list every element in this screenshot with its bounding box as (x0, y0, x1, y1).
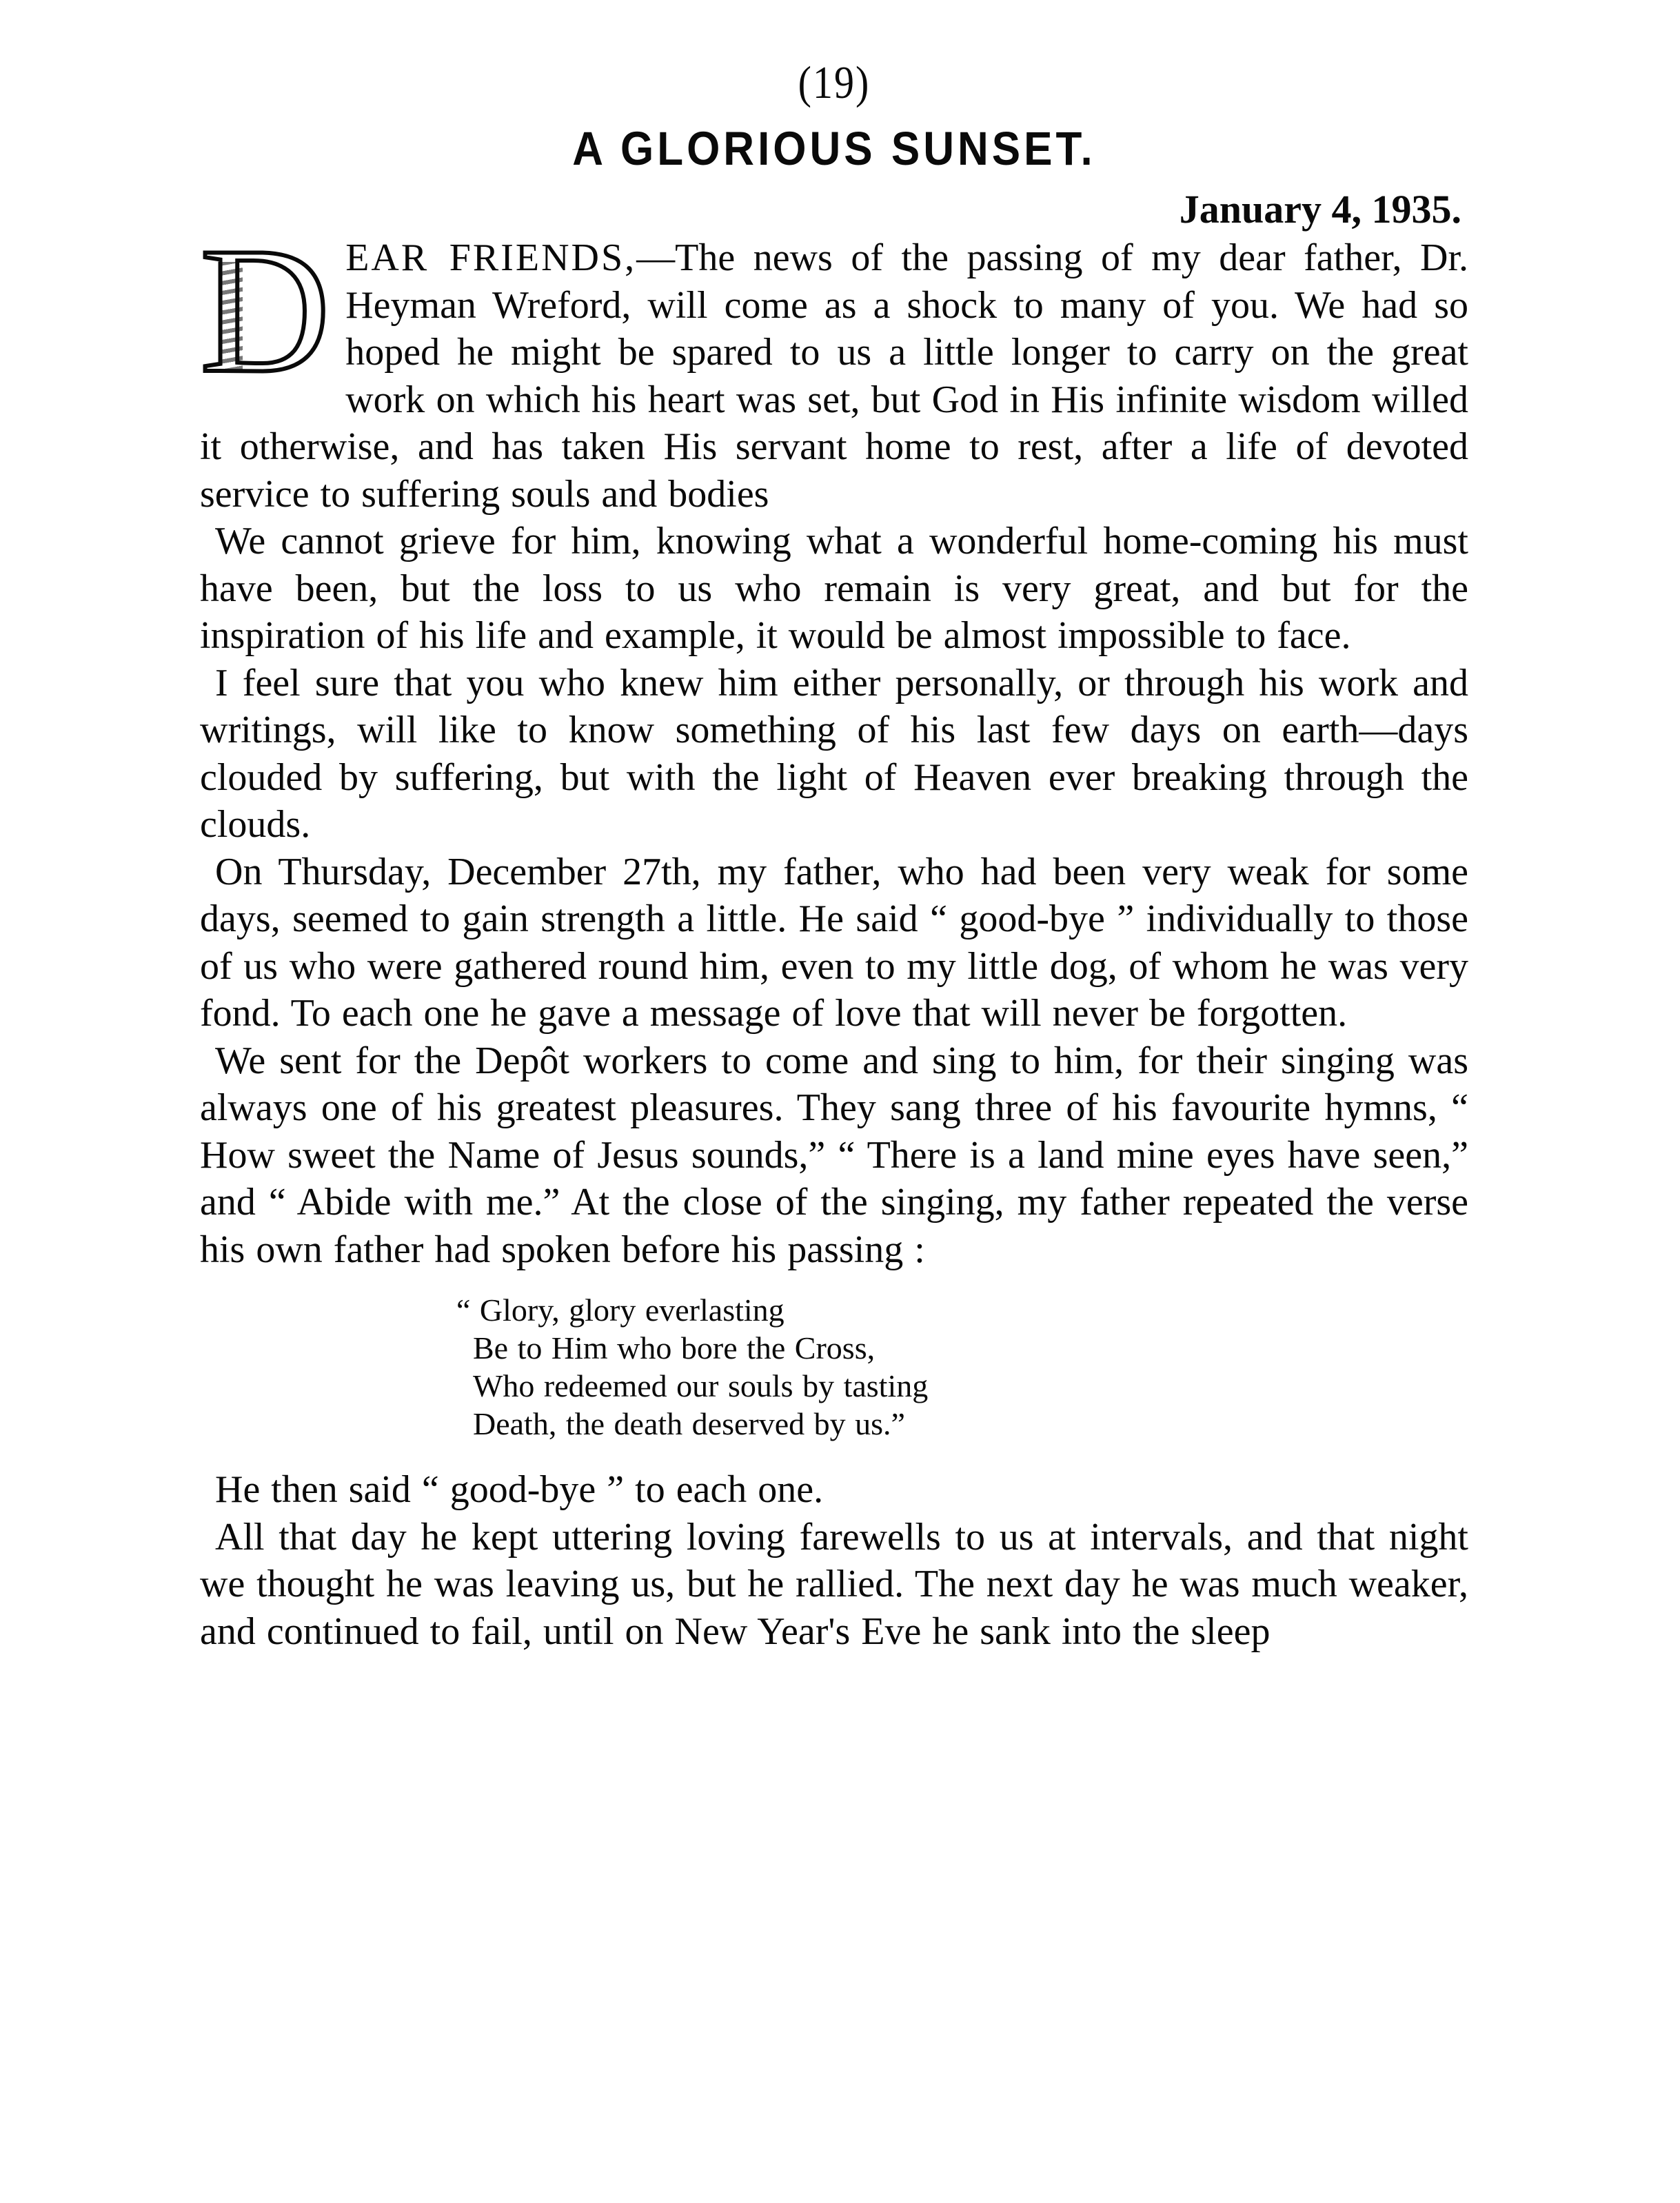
letter-date: January 4, 1935. (200, 185, 1468, 234)
page-number: (19) (200, 51, 1468, 114)
verse-line: Death, the death deserved by us.” (456, 1405, 1468, 1443)
document-page: (19) A GLORIOUS SUNSET. January 4, 1935.… (200, 55, 1468, 1655)
salutation: EAR FRIENDS, (345, 236, 636, 279)
paragraph: We sent for the Depôt workers to come an… (200, 1037, 1468, 1274)
verse-line: Be to Him who bore the Cross, (456, 1329, 1468, 1367)
paragraph: All that day he kept uttering loving far… (200, 1514, 1468, 1656)
drop-cap-letter: D (200, 238, 330, 379)
paragraph-opening: D EAR FRIENDS,—The news of the passing o… (200, 234, 1468, 518)
hymn-verse: “ Glory, glory everlasting Be to Him who… (200, 1291, 1468, 1443)
paragraph: He then said “ good-bye ” to each one. (200, 1466, 1468, 1514)
article-title: A GLORIOUS SUNSET. (200, 116, 1468, 184)
paragraph: On Thursday, December 27th, my father, w… (200, 849, 1468, 1037)
verse-line: Who redeemed our souls by tasting (456, 1367, 1468, 1405)
letter-body: D EAR FRIENDS,—The news of the passing o… (200, 234, 1468, 1655)
verse-line: “ Glory, glory everlasting (456, 1291, 1468, 1329)
paragraph: We cannot grieve for him, knowing what a… (200, 518, 1468, 660)
paragraph: I feel sure that you who knew him either… (200, 660, 1468, 849)
